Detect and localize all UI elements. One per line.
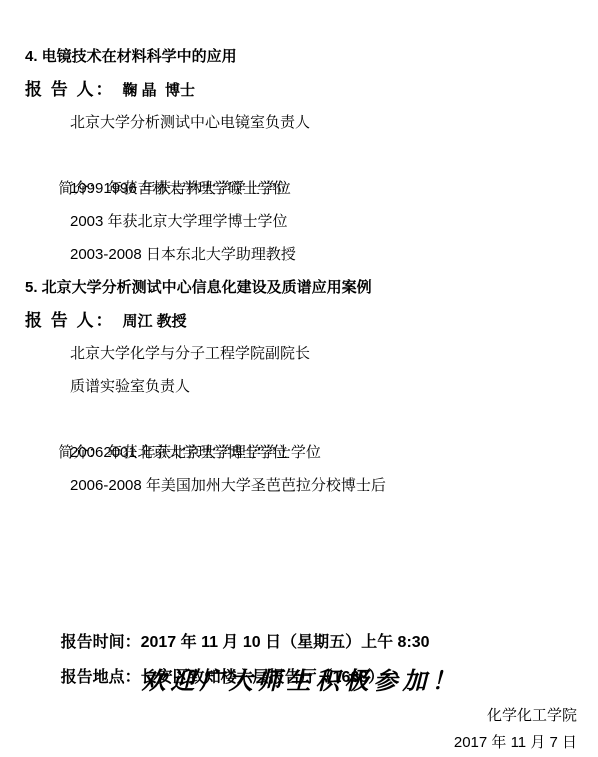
bio-line: 简介：1996 年获吉林大学学士学位 [25, 139, 577, 172]
signature-organization: 化学化工学院 [25, 702, 577, 730]
talk-section-5: 5. 北京大学分析测试中心信息化建设及质谱应用案例 报 告 人： 周江 教授 北… [25, 271, 577, 502]
talk-section-4: 4. 电镜技术在材料科学中的应用 报 告 人： 鞠 晶 博士 北京大学分析测试中… [25, 40, 577, 271]
bio-line: 1999 年获吉林大学理学硕士学位 [25, 172, 577, 205]
seminar-announcement-page: 4. 电镜技术在材料科学中的应用 报 告 人： 鞠 晶 博士 北京大学分析测试中… [0, 0, 598, 757]
signature-block: 化学化工学院 2017 年 11 月 7 日 [25, 702, 577, 756]
speaker-label: 报 告 人： [25, 73, 114, 106]
speaker-line: 报 告 人： 鞠 晶 博士 [25, 73, 577, 106]
speaker-label: 报 告 人： [25, 304, 114, 337]
talk-title: 5. 北京大学分析测试中心信息化建设及质谱应用案例 [25, 271, 577, 304]
talk-title: 4. 电镜技术在材料科学中的应用 [25, 40, 577, 73]
bio-line: 2003 年获北京大学理学博士学位 [25, 205, 577, 238]
speaker-line: 报 告 人： 周江 教授 [25, 304, 577, 337]
schedule-time-line: 报告时间：2017 年 11 月 10 日（星期五）上午 8:30 [25, 590, 577, 625]
time-value: 2017 年 11 月 10 日（星期五）上午 8:30 [141, 634, 430, 651]
vertical-spacer [25, 502, 577, 590]
bio-line: 简介：2001 年获北京大学理学学士学位 [25, 403, 577, 436]
bio-line: 2003-2008 日本东北大学助理教授 [25, 238, 577, 271]
affiliation-line: 北京大学分析测试中心电镜室负责人 [25, 106, 577, 139]
page-content: 4. 电镜技术在材料科学中的应用 报 告 人： 鞠 晶 博士 北京大学分析测试中… [0, 0, 598, 756]
signature-date: 2017 年 11 月 7 日 [25, 730, 577, 756]
bio-line: 2006-2008 年美国加州大学圣芭芭拉分校博士后 [25, 469, 577, 502]
schedule-section: 报告时间：2017 年 11 月 10 日（星期五）上午 8:30 报告地点：长… [25, 590, 577, 660]
time-label: 报告时间： [61, 634, 141, 651]
speaker-name: 鞠 晶 博士 [122, 74, 195, 107]
affiliation-line: 质谱实验室负责人 [25, 370, 577, 403]
affiliation-line: 北京大学化学与分子工程学院副院长 [25, 337, 577, 370]
speaker-name: 周江 教授 [122, 305, 186, 338]
place-label: 报告地点： [61, 669, 141, 686]
